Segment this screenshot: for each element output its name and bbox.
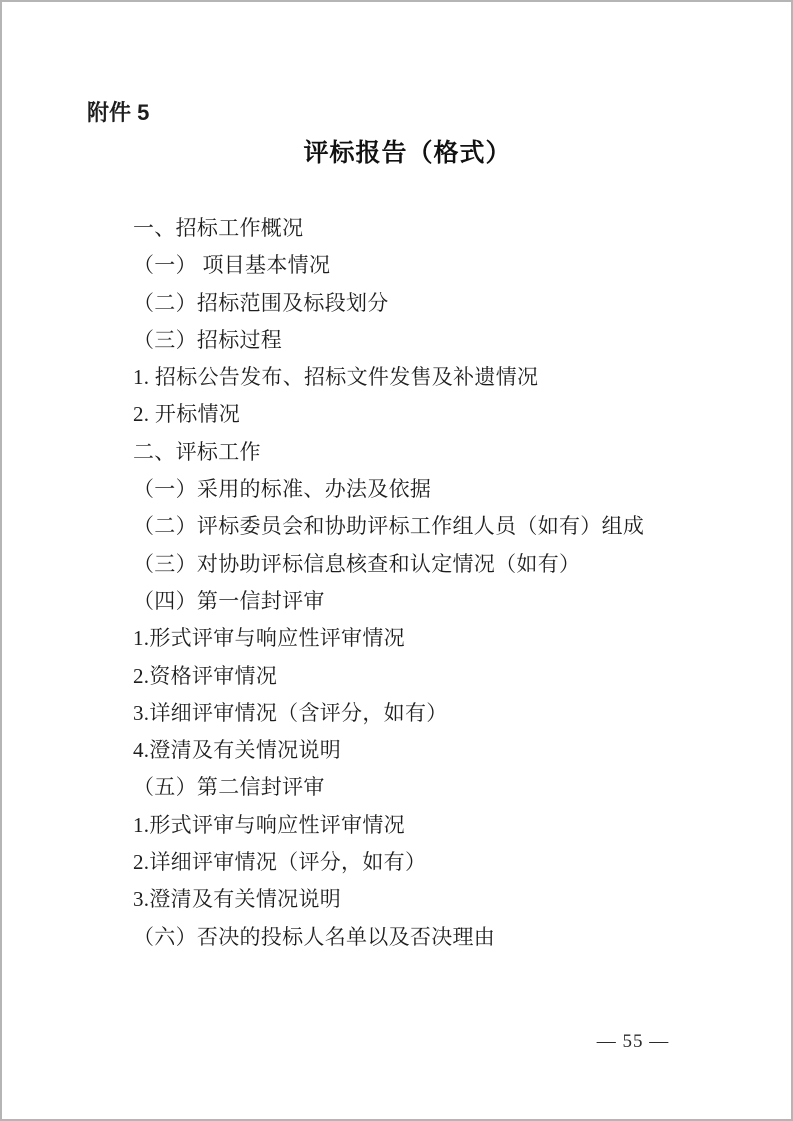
outline-line: （四）第一信封评审 [133, 583, 755, 620]
outline-line: （三）对协助评标信息核查和认定情况（如有） [133, 546, 755, 583]
outline-line: 2.详细评审情况（评分，如有） [133, 844, 755, 881]
outline-line: 3.澄清及有关情况说明 [133, 881, 755, 918]
document-page: 附件 5 评标报告（格式） 一、招标工作概况 （一） 项目基本情况 （二）招标范… [0, 0, 793, 1121]
outline-line: （六）否决的投标人名单以及否决理由 [133, 919, 755, 956]
outline-line: 1.形式评审与响应性评审情况 [133, 620, 755, 657]
page-title: 评标报告（格式） [2, 133, 791, 169]
outline-line: （五）第二信封评审 [133, 769, 755, 806]
outline-line: 一、招标工作概况 [133, 210, 755, 247]
outline-list: 一、招标工作概况 （一） 项目基本情况 （二）招标范围及标段划分 （三）招标过程… [133, 210, 755, 956]
outline-line: （一）采用的标准、办法及依据 [133, 471, 755, 508]
outline-line: （二）评标委员会和协助评标工作组人员（如有）组成 [133, 508, 755, 545]
outline-line: 2. 开标情况 [133, 396, 755, 433]
attachment-label: 附件 5 [87, 96, 149, 127]
outline-line: （二）招标范围及标段划分 [133, 285, 755, 322]
outline-line: （一） 项目基本情况 [133, 247, 755, 284]
outline-line: 2.资格评审情况 [133, 658, 755, 695]
outline-line: 二、评标工作 [133, 434, 755, 471]
outline-line: 3.详细评审情况（含评分，如有） [133, 695, 755, 732]
outline-line: （三）招标过程 [133, 322, 755, 359]
outline-line: 1. 招标公告发布、招标文件发售及补遗情况 [133, 359, 755, 396]
page-number: — 55 — [568, 1031, 698, 1053]
outline-line: 4.澄清及有关情况说明 [133, 732, 755, 769]
outline-line: 1.形式评审与响应性评审情况 [133, 807, 755, 844]
